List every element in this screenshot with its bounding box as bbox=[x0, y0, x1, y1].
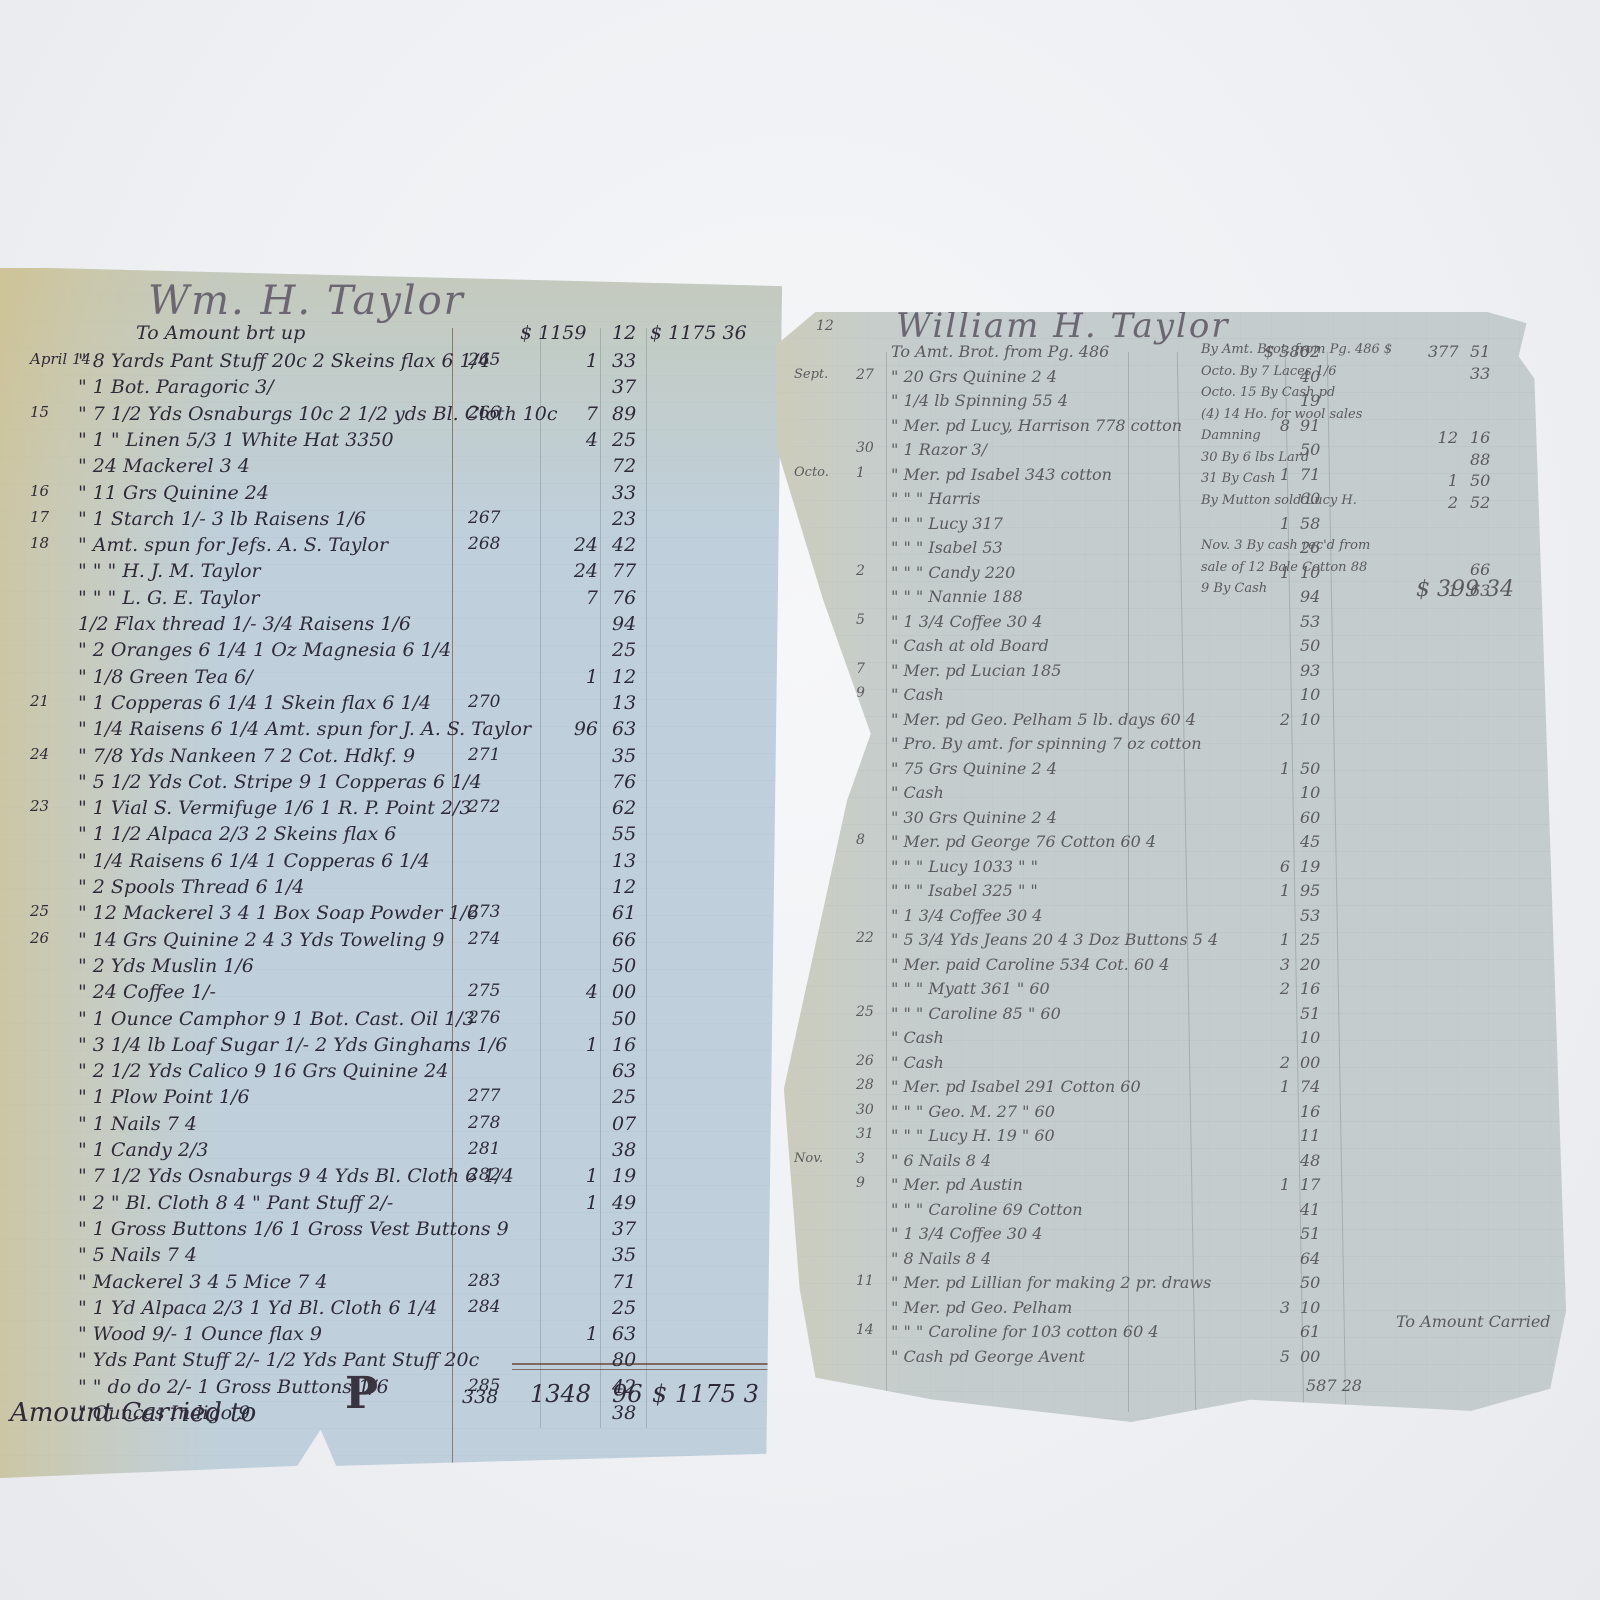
amount-carried-label: To Amount Carried bbox=[1396, 1312, 1551, 1331]
credit-description: Octo. 15 By Cash pd bbox=[1201, 385, 1335, 400]
header-text: To Amount brt up bbox=[136, 322, 305, 344]
column-rule bbox=[646, 328, 647, 1428]
entry-description: " " " Candy 220 bbox=[891, 563, 1015, 582]
entry-description: " " " Caroline for 103 cotton 60 4 bbox=[891, 1322, 1159, 1341]
entry-description: " 1/4 Raisens 6 1/4 Amt. spun for J. A. … bbox=[78, 718, 531, 740]
entry-dollars: 1 bbox=[1264, 759, 1290, 778]
entry-dollars: 1 bbox=[572, 1165, 598, 1187]
entry-description: " Cash pd George Avent bbox=[891, 1347, 1085, 1366]
entry-cents: 12 bbox=[612, 876, 636, 898]
total-rule bbox=[512, 1363, 782, 1365]
credit-description: Octo. By 7 Laces 1/6 bbox=[1201, 364, 1337, 379]
header-credit: $ 1175 36 bbox=[650, 322, 747, 344]
footer-total-cents: 96 bbox=[612, 1380, 643, 1408]
entry-folio: 275 bbox=[468, 981, 500, 1001]
credit-description: By Mutton sold Lucy H. bbox=[1201, 493, 1357, 508]
credit-cents: 33 bbox=[1470, 364, 1490, 383]
entry-description: " 1 Gross Buttons 1/6 1 Gross Vest Butto… bbox=[78, 1218, 509, 1240]
column-rule bbox=[1327, 352, 1346, 1412]
entry-description: " Pro. By amt. for spinning 7 oz cotton bbox=[891, 734, 1202, 753]
entry-description: " 11 Grs Quinine 24 bbox=[78, 482, 269, 504]
entry-description: " 2 " Bl. Cloth 8 4 " Pant Stuff 2/- bbox=[78, 1192, 393, 1214]
entry-cents: 89 bbox=[612, 403, 636, 425]
entry-cents: 13 bbox=[612, 850, 636, 872]
entry-folio: 278 bbox=[468, 1113, 500, 1133]
entry-folio: 274 bbox=[468, 929, 500, 949]
entry-date: 2 bbox=[856, 563, 865, 579]
entry-description: " 24 Mackerel 3 4 bbox=[78, 455, 250, 477]
total-rule bbox=[512, 1369, 782, 1370]
entry-description: " 1 Candy 2/3 bbox=[78, 1139, 209, 1161]
credit-cents: 51 bbox=[1470, 342, 1490, 361]
entry-month: Octo. bbox=[794, 465, 829, 480]
entry-cents: 41 bbox=[1300, 1200, 1320, 1219]
entry-description: " " " Isabel 325 " " bbox=[891, 881, 1038, 900]
entry-date: 23 bbox=[30, 797, 49, 815]
entry-cents: 20 bbox=[1300, 955, 1320, 974]
entry-description: " " " Myatt 361 " 60 bbox=[891, 979, 1050, 998]
entry-description: " Wood 9/- 1 Ounce flax 9 bbox=[78, 1323, 322, 1345]
entry-cents: 50 bbox=[1300, 759, 1320, 778]
entry-cents: 37 bbox=[612, 1218, 636, 1240]
entry-cents: 10 bbox=[1300, 685, 1320, 704]
entry-description: " 3 1/4 lb Loaf Sugar 1/- 2 Yds Ginghams… bbox=[78, 1034, 507, 1056]
entry-description: " 2 Oranges 6 1/4 1 Oz Magnesia 6 1/4 bbox=[78, 639, 451, 661]
entry-dollars: 1 bbox=[1264, 1175, 1290, 1194]
entry-description: " Cash at old Board bbox=[891, 636, 1049, 655]
entry-cents: 10 bbox=[1300, 1028, 1320, 1047]
entry-cents: 17 bbox=[1300, 1175, 1320, 1194]
entry-cents: 13 bbox=[612, 692, 636, 714]
ledger-title: Wm. H. Taylor bbox=[148, 278, 465, 324]
entry-cents: 71 bbox=[612, 1271, 636, 1293]
entry-description: " 1 3/4 Coffee 30 4 bbox=[891, 612, 1042, 631]
entry-cents: 19 bbox=[1300, 857, 1320, 876]
entry-dollars: 4 bbox=[572, 981, 598, 1003]
entry-cents: 50 bbox=[1300, 636, 1320, 655]
entry-cents: 64 bbox=[1300, 1249, 1320, 1268]
entry-month: Nov. bbox=[794, 1151, 823, 1166]
credit-dollars: 1 bbox=[1428, 471, 1458, 490]
entry-cents: 61 bbox=[1300, 1322, 1320, 1341]
entry-date: 9 bbox=[856, 685, 865, 701]
entry-cents: 42 bbox=[612, 534, 636, 556]
credit-cents: 88 bbox=[1470, 450, 1490, 469]
entry-folio: 266 bbox=[468, 403, 500, 423]
entry-dollars: 24 bbox=[572, 560, 598, 582]
entry-folio: 281 bbox=[468, 1139, 500, 1159]
column-rule bbox=[540, 328, 541, 1428]
entry-cents: 51 bbox=[1300, 1224, 1320, 1243]
entry-dollars: 3 bbox=[1264, 955, 1290, 974]
entry-description: " 1 Copperas 6 1/4 1 Skein flax 6 1/4 bbox=[78, 692, 431, 714]
entry-description: " Yds Pant Stuff 2/- 1/2 Yds Pant Stuff … bbox=[78, 1349, 479, 1371]
credit-description: By Amt. Brot. from Pg. 486 $ bbox=[1201, 342, 1392, 357]
entry-folio: 270 bbox=[468, 692, 500, 712]
entry-date: 14 bbox=[856, 1322, 874, 1338]
header-folio-total: $ 1159 bbox=[520, 322, 586, 344]
entry-cents: 10 bbox=[1300, 710, 1320, 729]
entry-description: " Mer. pd Geo. Pelham bbox=[891, 1298, 1072, 1317]
entry-cents: 95 bbox=[1300, 881, 1320, 900]
entry-cents: 72 bbox=[612, 455, 636, 477]
entry-description: " " " L. G. E. Taylor bbox=[78, 587, 259, 609]
entry-cents: 48 bbox=[1300, 1151, 1320, 1170]
entry-date: 1 bbox=[856, 465, 865, 481]
entry-cents: 25 bbox=[612, 639, 636, 661]
entry-cents: 10 bbox=[1300, 783, 1320, 802]
entry-cents: 25 bbox=[612, 1297, 636, 1319]
entry-description: " Mer. pd Isabel 291 Cotton 60 bbox=[891, 1077, 1141, 1096]
entry-description: " 1 Vial S. Vermifuge 1/6 1 R. P. Point … bbox=[78, 797, 472, 819]
entry-folio: 271 bbox=[468, 745, 500, 765]
entry-description: " 5 Nails 7 4 bbox=[78, 1244, 197, 1266]
entry-cents: 63 bbox=[612, 718, 636, 740]
entry-description: " 7/8 Yds Nankeen 7 2 Cot. Hdkf. 9 bbox=[78, 745, 415, 767]
credit-total: $ 399 34 bbox=[1416, 577, 1514, 602]
credit-description: 9 By Cash bbox=[1201, 581, 1267, 596]
credit-description: (4) 14 Ho. for wool sales bbox=[1201, 407, 1362, 422]
entry-cents: 00 bbox=[612, 981, 636, 1003]
entry-folio: 265 bbox=[468, 350, 500, 370]
entry-description: " 1 Nails 7 4 bbox=[78, 1113, 197, 1135]
entry-cents: 53 bbox=[1300, 906, 1320, 925]
entry-folio: 268 bbox=[468, 534, 500, 554]
credit-description: 30 By 6 lbs Lard bbox=[1201, 450, 1309, 465]
entry-cents: 49 bbox=[612, 1192, 636, 1214]
entry-folio: 284 bbox=[468, 1297, 500, 1317]
entry-dollars: 1 bbox=[1264, 1077, 1290, 1096]
column-rule bbox=[1128, 352, 1129, 1412]
credit-dollars: 12 bbox=[1428, 428, 1458, 447]
entry-description: " 1/4 lb Spinning 55 4 bbox=[891, 391, 1068, 410]
entry-description: " Mer. pd Isabel 343 cotton bbox=[891, 465, 1112, 484]
entry-date: 30 bbox=[856, 1102, 874, 1118]
entry-cents: 19 bbox=[612, 1165, 636, 1187]
entry-cents: 77 bbox=[612, 560, 636, 582]
entry-cents: 07 bbox=[612, 1113, 636, 1135]
entry-dollars: 1 bbox=[572, 350, 598, 372]
entry-cents: 66 bbox=[612, 929, 636, 951]
entry-description: " 2 Spools Thread 6 1/4 bbox=[78, 876, 304, 898]
entry-cents: 25 bbox=[1300, 930, 1320, 949]
entry-cents: 35 bbox=[612, 745, 636, 767]
entry-description: " 75 Grs Quinine 2 4 bbox=[891, 759, 1057, 778]
entry-cents: 63 bbox=[612, 1060, 636, 1082]
entry-month: Sept. bbox=[794, 367, 828, 382]
entry-description: " 7 1/2 Yds Osnaburgs 9 4 Yds Bl. Cloth … bbox=[78, 1165, 514, 1187]
entry-description: " 2 1/2 Yds Calico 9 16 Grs Quinine 24 bbox=[78, 1060, 448, 1082]
entry-folio: 273 bbox=[468, 902, 500, 922]
entry-cents: 50 bbox=[1300, 1273, 1320, 1292]
entry-cents: 00 bbox=[1300, 1347, 1320, 1366]
entry-description: " 5 3/4 Yds Jeans 20 4 3 Doz Buttons 5 4 bbox=[891, 930, 1218, 949]
entry-description: " 1 1/2 Alpaca 2/3 2 Skeins flax 6 bbox=[78, 823, 396, 845]
entry-description: " 1 Bot. Paragoric 3/ bbox=[78, 376, 274, 398]
entry-cents: 23 bbox=[612, 508, 636, 530]
entry-folio: 277 bbox=[468, 1086, 500, 1106]
entry-description: " Amt. spun for Jefs. A. S. Taylor bbox=[78, 534, 388, 556]
column-rule bbox=[1177, 352, 1196, 1412]
entry-description: " 20 Grs Quinine 2 4 bbox=[891, 367, 1057, 386]
entry-description: " 1 3/4 Coffee 30 4 bbox=[891, 906, 1042, 925]
entry-dollars: 96 bbox=[572, 718, 598, 740]
entry-description: " 1/4 Raisens 6 1/4 1 Copperas 6 1/4 bbox=[78, 850, 430, 872]
credit-dollars: 377 bbox=[1428, 342, 1458, 361]
entry-cents: 25 bbox=[612, 1086, 636, 1108]
entry-cents: 53 bbox=[1300, 612, 1320, 631]
entry-dollars: 3 bbox=[1264, 1298, 1290, 1317]
credit-description: sale of 12 Bale Cotton 88 bbox=[1201, 560, 1367, 575]
entry-dollars: 7 bbox=[572, 403, 598, 425]
entry-description: To Amt. Brot. from Pg. 486 bbox=[891, 342, 1109, 361]
entry-description: " 5 1/2 Yds Cot. Stripe 9 1 Copperas 6 1… bbox=[78, 771, 482, 793]
entry-cents: 37 bbox=[612, 376, 636, 398]
footer-total-dollars: 1348 bbox=[530, 1380, 591, 1408]
entry-description: " 1 Ounce Camphor 9 1 Bot. Cast. Oil 1/3 bbox=[78, 1008, 475, 1030]
entry-cents: 12 bbox=[612, 666, 636, 688]
entry-date: 9 bbox=[856, 1175, 865, 1191]
entry-cents: 51 bbox=[1300, 1004, 1320, 1023]
entry-date: 5 bbox=[856, 612, 865, 628]
entry-description: " 12 Mackerel 3 4 1 Box Soap Powder 1/6 bbox=[78, 902, 479, 924]
entry-description: " 6 Nails 8 4 bbox=[891, 1151, 991, 1170]
entry-date: 22 bbox=[856, 930, 874, 946]
entry-description: " 1 Plow Point 1/6 bbox=[78, 1086, 250, 1108]
entry-dollars: 5 bbox=[1264, 1347, 1290, 1366]
entry-dollars: 2 bbox=[1264, 979, 1290, 998]
entry-date: 31 bbox=[856, 1126, 874, 1142]
entry-cents: 00 bbox=[1300, 1053, 1320, 1072]
entry-folio: 267 bbox=[468, 508, 500, 528]
entry-cents: 35 bbox=[612, 1244, 636, 1266]
credit-cents: 16 bbox=[1470, 428, 1490, 447]
entry-date: 27 bbox=[856, 367, 874, 383]
entry-description: " 2 Yds Muslin 1/6 bbox=[78, 955, 254, 977]
debit-total: 587 28 bbox=[1306, 1376, 1362, 1395]
entry-description: " Mer. paid Caroline 534 Cot. 60 4 bbox=[891, 955, 1169, 974]
entry-description: " " " Harris bbox=[891, 489, 980, 508]
entry-date: 7 bbox=[856, 661, 865, 677]
entry-description: " 24 Coffee 1/- bbox=[78, 981, 216, 1003]
entry-dollars: 1 bbox=[572, 666, 598, 688]
entry-dollars: 7 bbox=[572, 587, 598, 609]
entry-cents: 61 bbox=[612, 902, 636, 924]
entry-date: 30 bbox=[856, 440, 874, 456]
entry-dollars: 1 bbox=[1264, 881, 1290, 900]
entry-cents: 94 bbox=[612, 613, 636, 635]
entry-cents: 10 bbox=[1300, 1298, 1320, 1317]
entry-description: " " " Lucy 317 bbox=[891, 514, 1003, 533]
entry-date: 15 bbox=[30, 403, 49, 421]
entry-cents: 55 bbox=[612, 823, 636, 845]
entry-cents: 45 bbox=[1300, 832, 1320, 851]
entry-description: " " do do 2/- 1 Gross Buttons 1/6 bbox=[78, 1376, 389, 1398]
entry-cents: 94 bbox=[1300, 587, 1320, 606]
credit-dollars: 2 bbox=[1428, 493, 1458, 512]
entry-date: 21 bbox=[30, 692, 49, 710]
entry-folio: 282 bbox=[468, 1165, 500, 1185]
entry-date: 24 bbox=[30, 745, 49, 763]
entry-date: 17 bbox=[30, 508, 49, 526]
credit-description: Damning bbox=[1201, 428, 1261, 443]
entry-cents: 16 bbox=[612, 1034, 636, 1056]
entry-dollars: 4 bbox=[572, 429, 598, 451]
entry-dollars: 6 bbox=[1264, 857, 1290, 876]
entry-description: " " " H. J. M. Taylor bbox=[78, 560, 261, 582]
credit-cents: 52 bbox=[1470, 493, 1490, 512]
entry-folio: 276 bbox=[468, 1008, 500, 1028]
entry-description: " Mer. pd Lillian for making 2 pr. draws bbox=[891, 1273, 1211, 1292]
entry-cents: 74 bbox=[1300, 1077, 1320, 1096]
credit-description: Nov. 3 By cash rec'd from bbox=[1201, 538, 1370, 553]
entry-cents: 50 bbox=[612, 1008, 636, 1030]
entry-description: " Cash bbox=[891, 685, 944, 704]
entry-cents: 58 bbox=[1300, 514, 1320, 533]
entry-description: " 1 Starch 1/- 3 lb Raisens 1/6 bbox=[78, 508, 366, 530]
entry-description: " Mer. pd Lucian 185 bbox=[891, 661, 1061, 680]
entry-description: 1/2 Flax thread 1/- 3/4 Raisens 1/6 bbox=[78, 613, 411, 635]
entry-cents: 50 bbox=[612, 955, 636, 977]
entry-description: " Cash bbox=[891, 1053, 944, 1072]
entry-date: 18 bbox=[30, 534, 49, 552]
entry-description: " " " Isabel 53 bbox=[891, 538, 1003, 557]
entry-cents: 62 bbox=[612, 797, 636, 819]
footer-credit-total: $ 1175 3 bbox=[652, 1380, 759, 1408]
entry-cents: 25 bbox=[612, 429, 636, 451]
header-cents: 12 bbox=[612, 322, 636, 344]
entry-cents: 63 bbox=[612, 1323, 636, 1345]
entry-cents: 11 bbox=[1300, 1126, 1320, 1145]
entry-description: " Mackerel 3 4 5 Mice 7 4 bbox=[78, 1271, 327, 1293]
entry-cents: 93 bbox=[1300, 661, 1320, 680]
entry-description: " Mer. pd Geo. Pelham 5 lb. days 60 4 bbox=[891, 710, 1196, 729]
entry-folio: 283 bbox=[468, 1271, 500, 1291]
entry-description: " Mer. pd George 76 Cotton 60 4 bbox=[891, 832, 1156, 851]
entry-date: 11 bbox=[856, 1273, 874, 1289]
entry-description: " 1 " Linen 5/3 1 White Hat 3350 bbox=[78, 429, 394, 451]
entry-date: 25 bbox=[30, 902, 49, 920]
entry-folio: 272 bbox=[468, 797, 500, 817]
credit-description: 31 By Cash bbox=[1201, 471, 1275, 486]
entry-description: " 1/8 Green Tea 6/ bbox=[78, 666, 253, 688]
entry-dollars: 1 bbox=[1264, 514, 1290, 533]
credit-cents: 66 bbox=[1470, 560, 1490, 579]
entry-dollars: 2 bbox=[1264, 710, 1290, 729]
entry-description: " " " Caroline 85 " 60 bbox=[891, 1004, 1061, 1023]
entry-cents: 76 bbox=[612, 771, 636, 793]
entry-cents: 16 bbox=[1300, 1102, 1320, 1121]
entry-cents: 71 bbox=[1300, 465, 1320, 484]
entry-date: 28 bbox=[856, 1077, 874, 1093]
entry-description: " 8 Nails 8 4 bbox=[891, 1249, 991, 1268]
column-rule bbox=[886, 352, 887, 1412]
entry-date: 26 bbox=[856, 1053, 874, 1069]
entry-description: " Cash bbox=[891, 1028, 944, 1047]
entry-dollars: 2 bbox=[1264, 1053, 1290, 1072]
ledger-sheet-left: Wm. H. Taylor To Amount brt up $ 1159 12… bbox=[0, 268, 782, 1478]
footer-folio: 338 bbox=[462, 1386, 498, 1408]
page-number: 12 bbox=[816, 318, 834, 334]
entry-description: " 1 Yd Alpaca 2/3 1 Yd Bl. Cloth 6 1/4 bbox=[78, 1297, 437, 1319]
entry-description: " 8 Yards Pant Stuff 20c 2 Skeins flax 6… bbox=[78, 350, 490, 372]
proof-mark: P bbox=[345, 1368, 378, 1419]
column-rule bbox=[600, 328, 601, 1428]
ledger-sheet-right: 12 William H. Taylor To Amt. Brot. from … bbox=[776, 312, 1566, 1422]
entry-dollars: 1 bbox=[572, 1034, 598, 1056]
entry-cents: 76 bbox=[612, 587, 636, 609]
entry-description: " " " Nannie 188 bbox=[891, 587, 1023, 606]
entry-description: " Mer. pd Lucy, Harrison 778 cotton bbox=[891, 416, 1182, 435]
entry-description: " 1 Razor 3/ bbox=[891, 440, 987, 459]
entry-cents: 33 bbox=[612, 350, 636, 372]
entry-description: " 14 Grs Quinine 2 4 3 Yds Toweling 9 bbox=[78, 929, 444, 951]
entry-cents: 16 bbox=[1300, 979, 1320, 998]
entry-description: " " " Caroline 69 Cotton bbox=[891, 1200, 1083, 1219]
entry-description: " Mer. pd Austin bbox=[891, 1175, 1023, 1194]
entry-description: " 30 Grs Quinine 2 4 bbox=[891, 808, 1057, 827]
entry-cents: 33 bbox=[612, 482, 636, 504]
entry-description: " " " Lucy H. 19 " 60 bbox=[891, 1126, 1055, 1145]
entry-cents: 80 bbox=[612, 1349, 636, 1371]
entry-cents: 38 bbox=[612, 1139, 636, 1161]
entry-description: " " " Lucy 1033 " " bbox=[891, 857, 1038, 876]
entry-description: " " " Geo. M. 27 " 60 bbox=[891, 1102, 1055, 1121]
entry-description: " Cash bbox=[891, 783, 944, 802]
entry-dollars: 1 bbox=[572, 1323, 598, 1345]
entry-date: 8 bbox=[856, 832, 865, 848]
entry-dollars: 1 bbox=[1264, 930, 1290, 949]
entry-date: 25 bbox=[856, 1004, 874, 1020]
credit-cents: 50 bbox=[1470, 471, 1490, 490]
entry-date: 26 bbox=[30, 929, 49, 947]
ledger-title: William H. Taylor bbox=[896, 306, 1230, 346]
carried-label: Amount Carried to bbox=[10, 1398, 256, 1428]
entry-dollars: 1 bbox=[572, 1192, 598, 1214]
entry-dollars: 24 bbox=[572, 534, 598, 556]
entry-date: 16 bbox=[30, 482, 49, 500]
entry-date: 3 bbox=[856, 1151, 865, 1167]
entry-description: " 1 3/4 Coffee 30 4 bbox=[891, 1224, 1042, 1243]
entry-cents: 60 bbox=[1300, 808, 1320, 827]
